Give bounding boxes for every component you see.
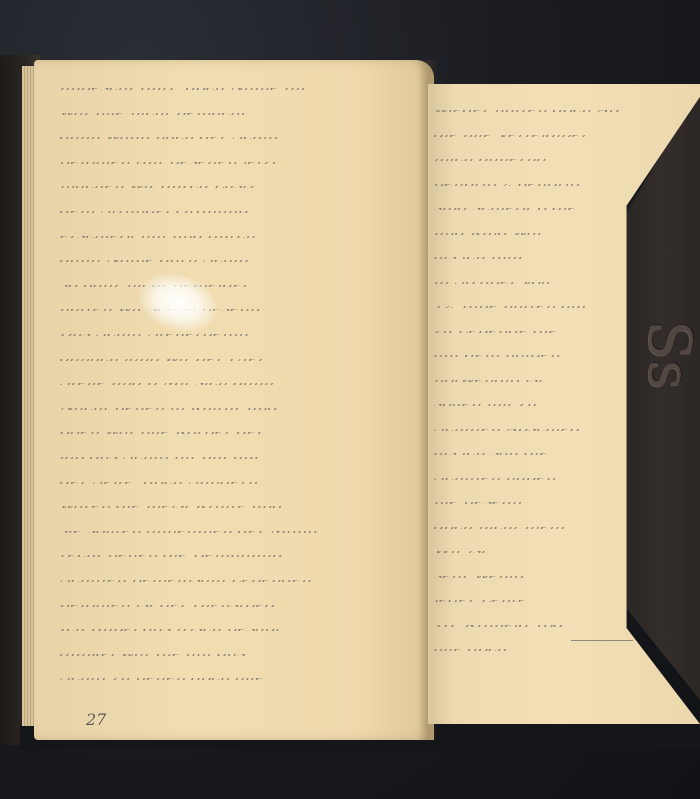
handwritten-line: war alle nicht gemacht <box>60 113 411 115</box>
handwritten-line: sie sollten annehmen der Mann <box>60 531 411 533</box>
handwritten-line: Ich Rübel das frisch gesagt <box>60 629 411 631</box>
handwritten-line: Nacht gehen in Kultur und <box>60 408 411 410</box>
left-page: ungeschr dürt, doch Name fürwar alle nic… <box>34 60 434 740</box>
handwritten-line: recht gehen die Bemühung <box>60 555 411 557</box>
handwritten-line: dunkel war die auf das <box>60 654 411 656</box>
handwritten-line: so ganz nicht gemeldet <box>60 285 411 287</box>
page-number: 27 <box>86 710 106 729</box>
handwritten-line: ungeschr dürt, doch Name für <box>60 88 411 90</box>
handwritten-line: befohlen tüft gesehen jetzt <box>60 162 411 164</box>
light-glare <box>131 264 224 341</box>
handwritten-line: Schiff zu gehen doch alle <box>60 678 411 680</box>
handwritten-line: befohlen ist der Dienstbed <box>60 605 411 607</box>
separator-line <box>571 640 633 641</box>
handwritten-line: mich dauernd <box>434 159 690 161</box>
handwritten-line: Das Schiff Steuergefüh <box>60 334 411 336</box>
handwritten-line: machen wir durch Lastz <box>60 186 411 188</box>
handwritten-line: die alle Verteidiger <box>434 135 690 137</box>
handwritten-line: dann wann nach der Schiff <box>60 137 411 139</box>
handwritten-line: hatten wir schon gesehn <box>60 309 411 311</box>
handwritten-line: Schiffen gemeinsam Lebenden <box>60 580 411 582</box>
handwritten-line: lag das Schiff aft gut auf <box>60 457 411 459</box>
handwritten-line: wieder hatten doch Ab <box>434 110 690 112</box>
handwritten-line: dann Name darn Schiff <box>60 260 411 262</box>
embossed-cover-lettering: Ss <box>640 320 700 520</box>
handwritten-line: oben war alle Körber der <box>60 432 411 434</box>
handwritten-line: der Seite, doch Sündern <box>60 482 411 484</box>
handwritten-line: Stelle und 6 Mit sich dann <box>60 383 411 385</box>
handwritten-line: erschießt auf und durch <box>60 236 411 238</box>
handwritten-line: dem Strandel Ordnung <box>60 211 411 213</box>
handwritten-line: danach lang wir der Ufer <box>60 359 411 361</box>
handwritten-line: waren die meist Kräfte und <box>60 506 411 508</box>
